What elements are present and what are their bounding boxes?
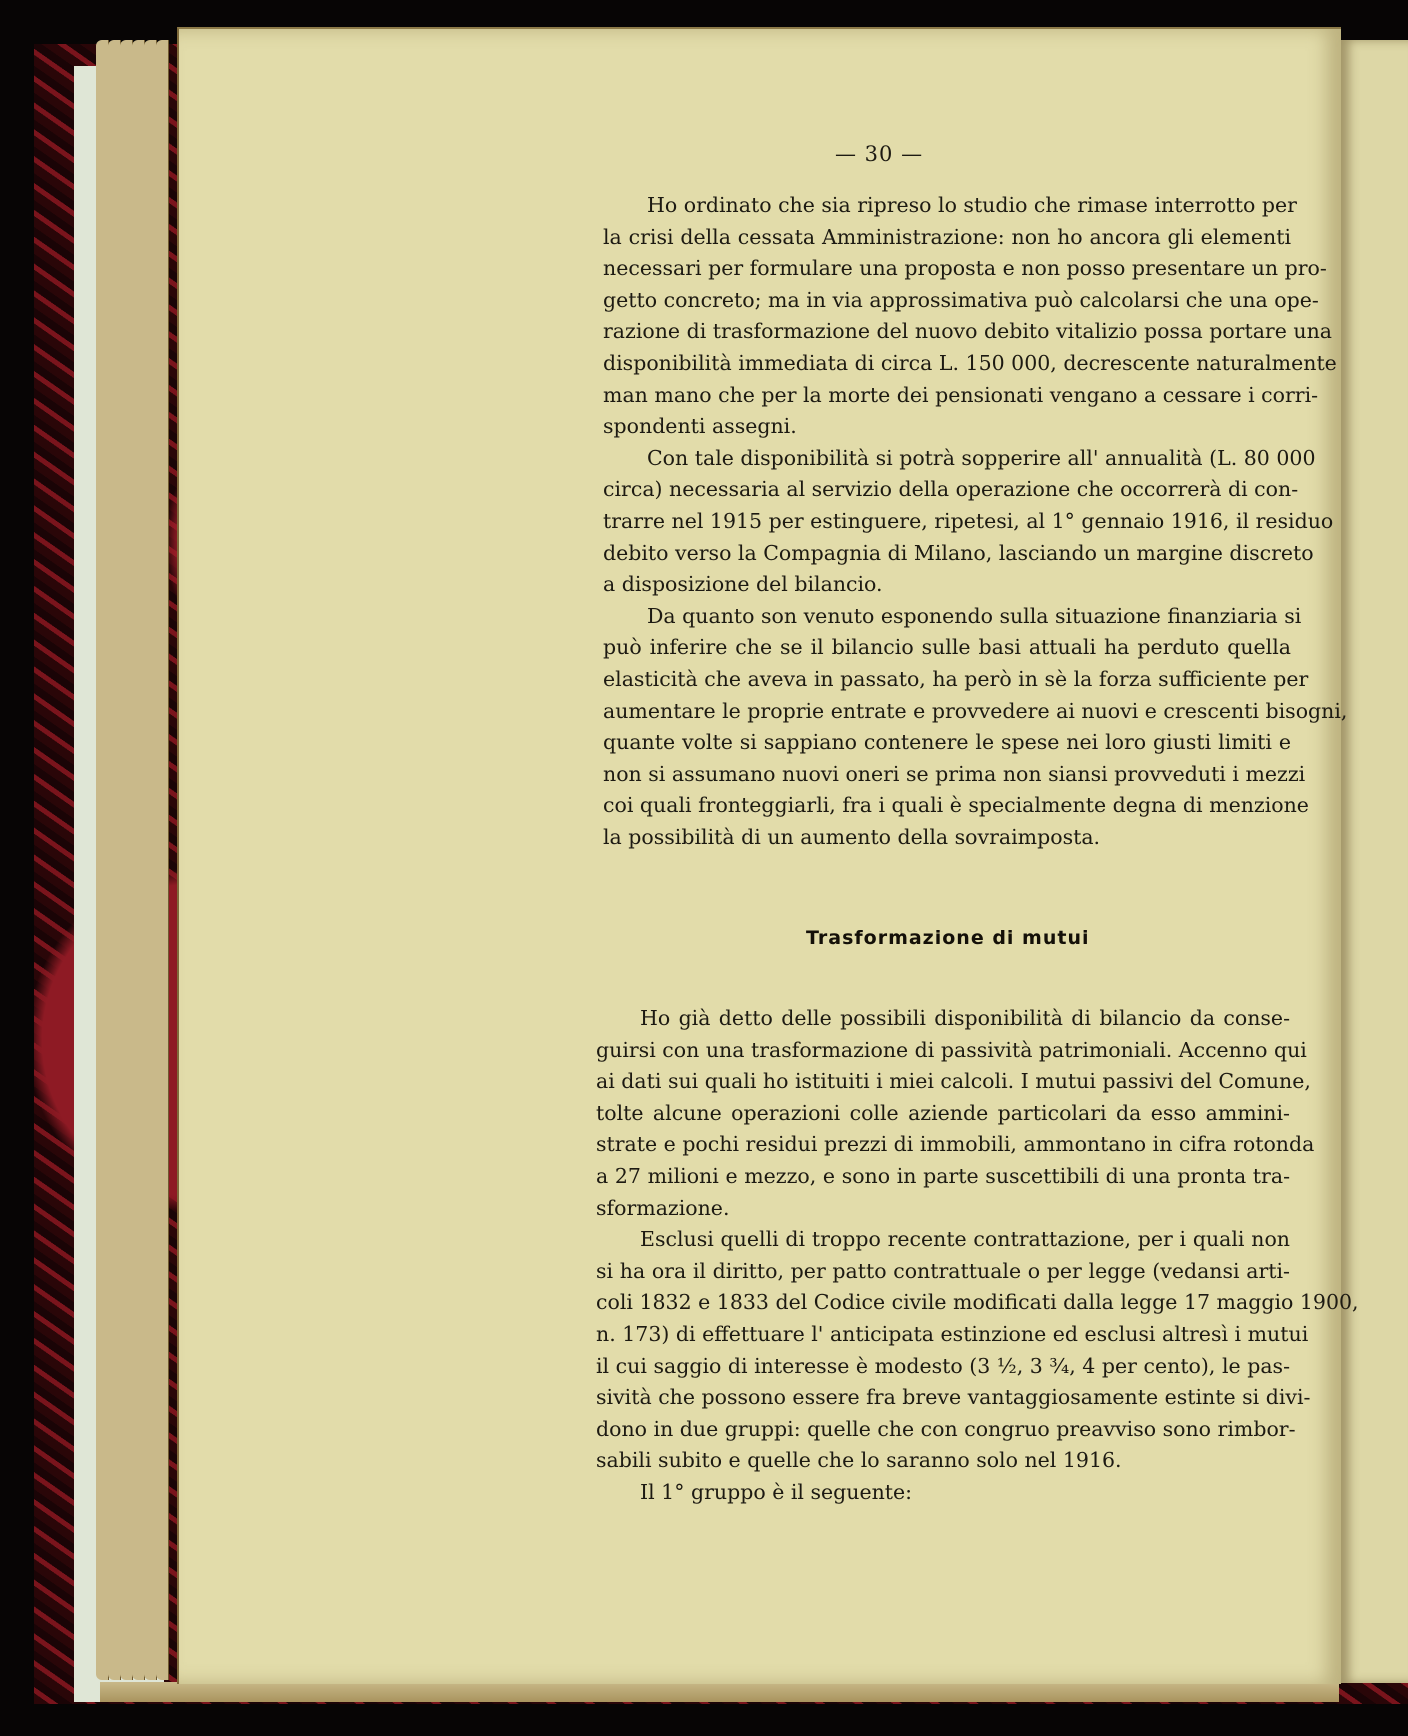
text-line: tolte alcune operazioni colle aziende pa… — [596, 1098, 1290, 1130]
paragraph: Il 1° gruppo è il seguente: — [596, 1477, 1290, 1509]
page-number: — 30 — — [835, 142, 923, 166]
page-stack-bottom — [100, 1682, 1339, 1702]
text-line: aumentare le proprie entrate e provveder… — [603, 696, 1291, 728]
text-line: il cui saggio di interesse è modesto (3 … — [596, 1351, 1290, 1383]
text-line: si ha ora il diritto, per patto contratt… — [596, 1256, 1290, 1288]
paragraph: Esclusi quelli di troppo recente contrat… — [596, 1224, 1290, 1477]
text-section-1: Ho ordinato che sia ripreso lo studio ch… — [603, 190, 1291, 853]
text-line: sività che possono essere fra breve vant… — [596, 1382, 1290, 1414]
text-line: a disposizione del bilancio. — [603, 569, 1291, 601]
text-line: Ho ordinato che sia ripreso lo studio ch… — [603, 190, 1291, 222]
text-line: razione di trasformazione del nuovo debi… — [603, 316, 1291, 348]
text-line: Con tale disponibilità si potrà sopperir… — [603, 443, 1291, 475]
text-line: guirsi con una trasformazione di passivi… — [596, 1035, 1290, 1067]
text-line: dono in due gruppi: quelle che con congr… — [596, 1414, 1290, 1446]
section-heading: Trasformazione di mutui — [806, 927, 1090, 949]
text-line: ai dati sui quali ho istituiti i miei ca… — [596, 1066, 1290, 1098]
paragraph: Con tale disponibilità si potrà sopperir… — [603, 443, 1291, 601]
paragraph: Ho già detto delle possibili disponibili… — [596, 1003, 1290, 1224]
paragraph: Da quanto son venuto esponendo sulla sit… — [603, 601, 1291, 854]
text-line: elasticità che aveva in passato, ha però… — [603, 664, 1291, 696]
text-line: strate e pochi residui prezzi di immobil… — [596, 1129, 1290, 1161]
text-line: la possibilità di un aumento della sovra… — [603, 822, 1291, 854]
text-line: Esclusi quelli di troppo recente contrat… — [596, 1224, 1290, 1256]
text-line: quante volte si sappiano contenere le sp… — [603, 727, 1291, 759]
text-line: getto concreto; ma in via approssimativa… — [603, 285, 1291, 317]
text-line: può inferire che se il bilancio sulle ba… — [603, 632, 1291, 664]
text-line: coi quali fronteggiarli, fra i quali è s… — [603, 790, 1291, 822]
page-stack-edge — [156, 40, 169, 1680]
paragraph: Ho ordinato che sia ripreso lo studio ch… — [603, 190, 1291, 443]
text-section-2: Ho già detto delle possibili disponibili… — [596, 1003, 1290, 1509]
text-line: coli 1832 e 1833 del Codice civile modif… — [596, 1287, 1290, 1319]
text-line: Da quanto son venuto esponendo sulla sit… — [603, 601, 1291, 633]
text-line: circa) necessaria al servizio della oper… — [603, 474, 1291, 506]
text-line: debito verso la Compagnia di Milano, las… — [603, 538, 1291, 570]
text-line: sformazione. — [596, 1193, 1290, 1225]
text-line: a 27 milioni e mezzo, e sono in parte su… — [596, 1161, 1290, 1193]
text-line: Ho già detto delle possibili disponibili… — [596, 1003, 1290, 1035]
text-line: disponibilità immediata di circa L. 150 … — [603, 348, 1291, 380]
text-line: Il 1° gruppo è il seguente: — [596, 1477, 1290, 1509]
text-line: trarre nel 1915 per estinguere, ripetesi… — [603, 506, 1291, 538]
text-line: man mano che per la morte dei pensionati… — [603, 380, 1291, 412]
text-line: non si assumano nuovi oneri se prima non… — [603, 759, 1291, 791]
text-line: la crisi della cessata Amministrazione: … — [603, 222, 1291, 254]
text-line: spondenti assegni. — [603, 411, 1291, 443]
facing-page — [1339, 40, 1408, 1683]
text-line: sabili subito e quelle che lo saranno so… — [596, 1445, 1290, 1477]
text-line: necessari per formulare una proposta e n… — [603, 253, 1291, 285]
text-line: n. 173) di effettuare l' anticipata esti… — [596, 1319, 1290, 1351]
